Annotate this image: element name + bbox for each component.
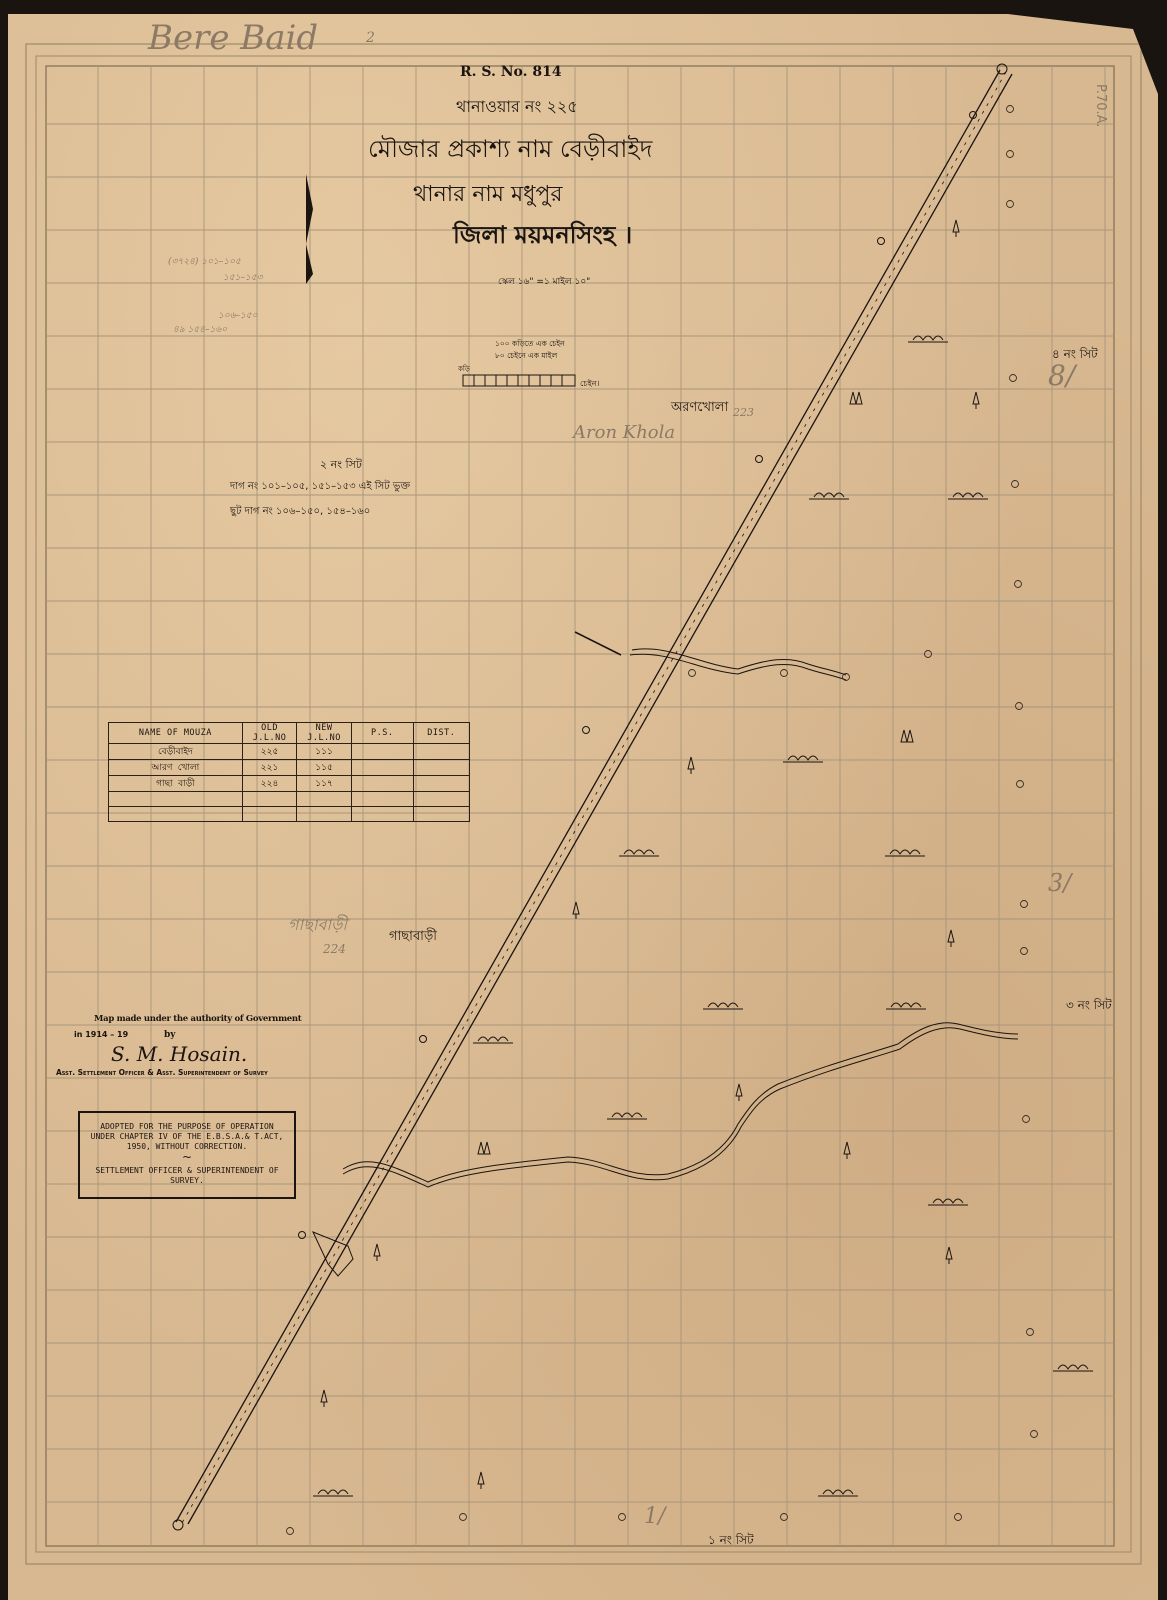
place-aronkhola: অরণখোলা bbox=[671, 398, 728, 419]
tree-symbols bbox=[321, 220, 979, 1489]
officer-title: Asst. Settlement Officer & Asst. Superin… bbox=[56, 1068, 268, 1077]
scale-right-label: চেইন। bbox=[580, 378, 599, 391]
cell-mouza: আরণ খোলা bbox=[109, 760, 243, 776]
pencil-gachabari-number: 224 bbox=[323, 942, 346, 956]
cell-old-jl: ২২৪ bbox=[242, 776, 297, 792]
scale-left-label: কড়ি bbox=[458, 363, 470, 375]
rs-number: R. S. No. 814 bbox=[460, 64, 562, 80]
cell-new-jl bbox=[297, 807, 352, 822]
stamp-line-5: SURVEY. bbox=[80, 1176, 294, 1186]
pencil-aronkhola: Aron Khola bbox=[573, 422, 675, 443]
table-row: বেড়ীবাইদ ২২৫ ১১১ bbox=[109, 744, 470, 760]
cell-old-jl bbox=[242, 792, 297, 807]
thana-name: থানার নাম মধুপুর bbox=[413, 177, 563, 214]
table-row bbox=[109, 792, 470, 807]
thana-number: থানাওয়ার নং ২২৫ bbox=[456, 94, 578, 121]
pencil-plot-note-1: (৩৭২৪) ১০১–১০৫ bbox=[168, 254, 241, 269]
pencil-plot-note-3: ১০৬–১৫০ bbox=[218, 308, 258, 323]
col-dist: DIST. bbox=[413, 723, 469, 744]
authority-by: by bbox=[164, 1030, 176, 1040]
col-old-jl-no: OLD J.L.NO bbox=[242, 723, 297, 744]
pencil-plot-note-2: ১৫১–১৫৩ bbox=[223, 270, 263, 285]
officer-signature: S. M. Hosain. bbox=[111, 1042, 247, 1066]
stamp-line-1: ADOPTED FOR THE PURPOSE OF OPERATION bbox=[80, 1122, 294, 1132]
scale-line-2: ৮০ চেইনে এক মাইল bbox=[495, 351, 557, 363]
pencil-aronkhola-number: 223 bbox=[733, 406, 754, 419]
cell-dist bbox=[413, 776, 469, 792]
cell-dist bbox=[413, 807, 469, 822]
cell-old-jl: ২২৫ bbox=[242, 744, 297, 760]
scale-bar bbox=[463, 375, 575, 386]
cell-dist bbox=[413, 792, 469, 807]
bush-symbols bbox=[313, 336, 1093, 1496]
sheet-note-excluded-plots: ছুট দাগ নং ১০৬–১৫০, ১৫৪–১৬০ bbox=[230, 504, 370, 521]
cell-new-jl: ১১৫ bbox=[297, 760, 352, 776]
pencil-sheet-code: P.70.A. bbox=[1093, 84, 1108, 127]
sheet-label-1: ১ নং সিট bbox=[708, 1532, 754, 1552]
cell-new-jl: ১১৭ bbox=[297, 776, 352, 792]
pencil-gachabari: গাছাবাড়ী bbox=[288, 912, 347, 939]
table-row: গাছা বাড়ী ২২৪ ১১৭ bbox=[109, 776, 470, 792]
pencil-village-name: Bere Baid bbox=[148, 18, 318, 58]
pencil-bottom-note: 1/ bbox=[644, 1504, 665, 1529]
map-sheet: Bere Baid 2 P.70.A. 8/ Aron Khola 223 গা… bbox=[8, 14, 1158, 1600]
col-name-of-mouza: NAME OF MOUZA bbox=[109, 723, 243, 744]
mouza-table: NAME OF MOUZA OLD J.L.NO NEW J.L.NO P.S.… bbox=[108, 722, 470, 822]
cell-mouza: গাছা বাড়ী bbox=[109, 776, 243, 792]
table-header-row: NAME OF MOUZA OLD J.L.NO NEW J.L.NO P.S.… bbox=[109, 723, 470, 744]
sheet-note-title: ২ নং সিট bbox=[320, 456, 362, 475]
sheet-label-4: ৪ নং সিট bbox=[1052, 346, 1098, 366]
cell-ps bbox=[351, 807, 413, 822]
cell-new-jl bbox=[297, 792, 352, 807]
col-ps: P.S. bbox=[351, 723, 413, 744]
cell-ps bbox=[351, 776, 413, 792]
cell-mouza: বেড়ীবাইদ bbox=[109, 744, 243, 760]
stamp-line-4: SETTLEMENT OFFICER & SUPERINTENDENT OF bbox=[80, 1166, 294, 1176]
col-new-jl-no: NEW J.L.NO bbox=[297, 723, 352, 744]
cell-dist bbox=[413, 744, 469, 760]
cell-new-jl: ১১১ bbox=[297, 744, 352, 760]
pencil-mid-right-note: 3/ bbox=[1048, 869, 1071, 897]
stamp-line-2: UNDER CHAPTER IV OF THE E.B.S.A.& T.ACT, bbox=[80, 1132, 294, 1142]
cell-mouza bbox=[109, 807, 243, 822]
cell-mouza bbox=[109, 792, 243, 807]
cell-ps bbox=[351, 744, 413, 760]
authority-line: Map made under the authority of Governme… bbox=[94, 1014, 301, 1024]
table-row bbox=[109, 807, 470, 822]
scale-label: স্কেল ১৬" =১ মাইল ১০" bbox=[498, 274, 590, 289]
cell-old-jl bbox=[242, 807, 297, 822]
authority-year: in 1914 – 19 bbox=[74, 1030, 128, 1039]
mouza-name: মৌজার প্রকাশ্য নাম বেড়ীবাইদ bbox=[368, 131, 652, 171]
table-row: আরণ খোলা ২২১ ১১৫ bbox=[109, 760, 470, 776]
stamp-signature-icon: ~ bbox=[80, 1152, 294, 1166]
scale-line-1: ১০০ কড়িতে এক চেইন bbox=[495, 339, 565, 351]
cell-ps bbox=[351, 760, 413, 776]
cell-ps bbox=[351, 792, 413, 807]
place-gachabari: গাছাবাড়ী bbox=[389, 927, 437, 948]
sheet-label-3: ৩ নং সিট bbox=[1066, 997, 1112, 1017]
pencil-plot-note-4: ৪৯ ১৫৪–১৬০ bbox=[173, 322, 227, 337]
adoption-stamp: ADOPTED FOR THE PURPOSE OF OPERATION UND… bbox=[78, 1111, 296, 1199]
cell-old-jl: ২২১ bbox=[242, 760, 297, 776]
district-name: জিলা ময়মনসিংহ । bbox=[453, 217, 632, 257]
pencil-sheet-number: 2 bbox=[366, 30, 375, 46]
sheet-note-included-plots: দাগ নং ১০১–১০৫, ১৫১–১৫৩ এই সিট ভুক্ত bbox=[230, 479, 410, 496]
cell-dist bbox=[413, 760, 469, 776]
